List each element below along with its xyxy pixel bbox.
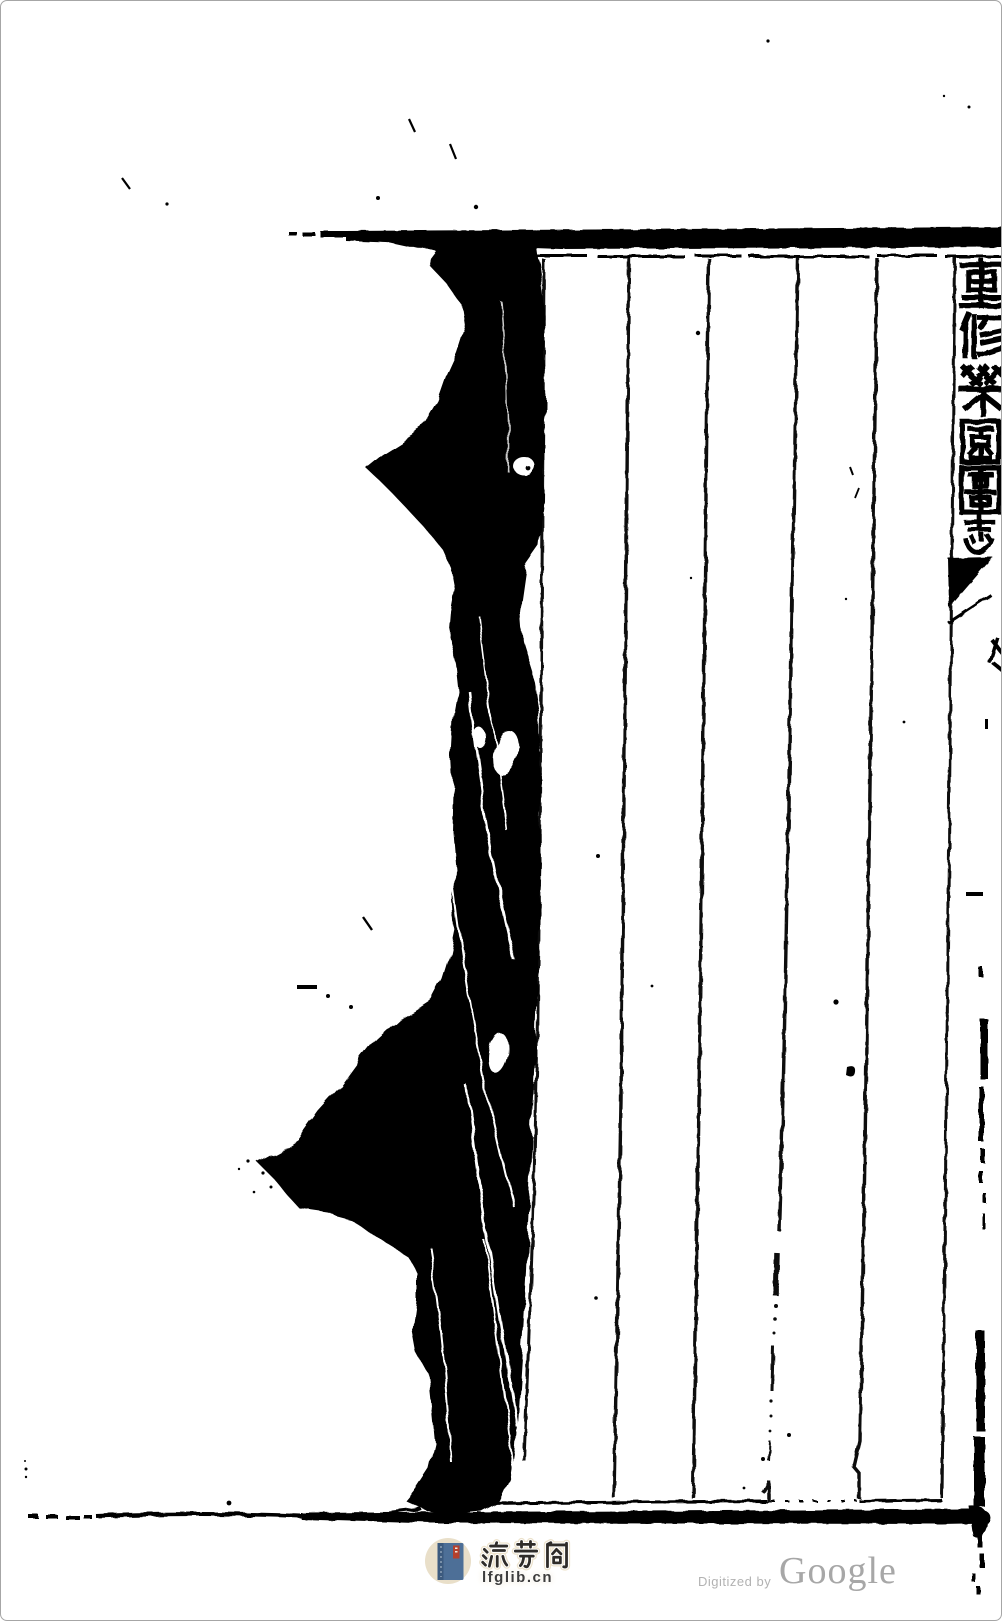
title-char-xiu	[963, 315, 1002, 356]
book-title-glyphs	[961, 261, 1002, 552]
partial-char-strokes	[989, 637, 1002, 671]
title-char-zhong	[961, 261, 1002, 306]
frame-bottom-rules	[28, 1500, 990, 1524]
google-logo: Google	[779, 1549, 897, 1593]
scanned-book-page: 重修桑園圍志 卷 流芳阁 lfglib.cn Digitized by Goog…	[0, 0, 1002, 1621]
column-rule-2	[693, 258, 709, 1498]
corner-wedge	[948, 557, 993, 623]
title-char-zhi	[966, 517, 993, 552]
column-rule-1	[614, 258, 629, 1498]
watermark-site-name-glyphs	[483, 1542, 567, 1567]
credit-prefix-label: Digitized by	[698, 1574, 771, 1589]
watermark-logo	[425, 1538, 471, 1584]
column-rule-3-hook	[763, 1481, 769, 1502]
right-edge-noise	[969, 967, 988, 1594]
column-rule-5	[942, 258, 955, 1498]
watermark-site-url: lfglib.cn	[482, 1569, 553, 1586]
column-rule-3-upper	[779, 258, 798, 1231]
column-rule-3-broken	[776, 1253, 777, 1296]
column-rule-4	[854, 258, 877, 1499]
column-rules	[614, 258, 955, 1502]
frame-top-inner-rule	[517, 254, 1002, 258]
digitization-credit: Digitized by Google	[698, 1561, 998, 1611]
title-char-wei	[962, 468, 1000, 512]
scan-ink-artwork	[1, 1, 1002, 1621]
title-char-sang	[961, 368, 1002, 414]
ink-blotch	[258, 233, 545, 1514]
title-char-yuan	[963, 422, 999, 463]
